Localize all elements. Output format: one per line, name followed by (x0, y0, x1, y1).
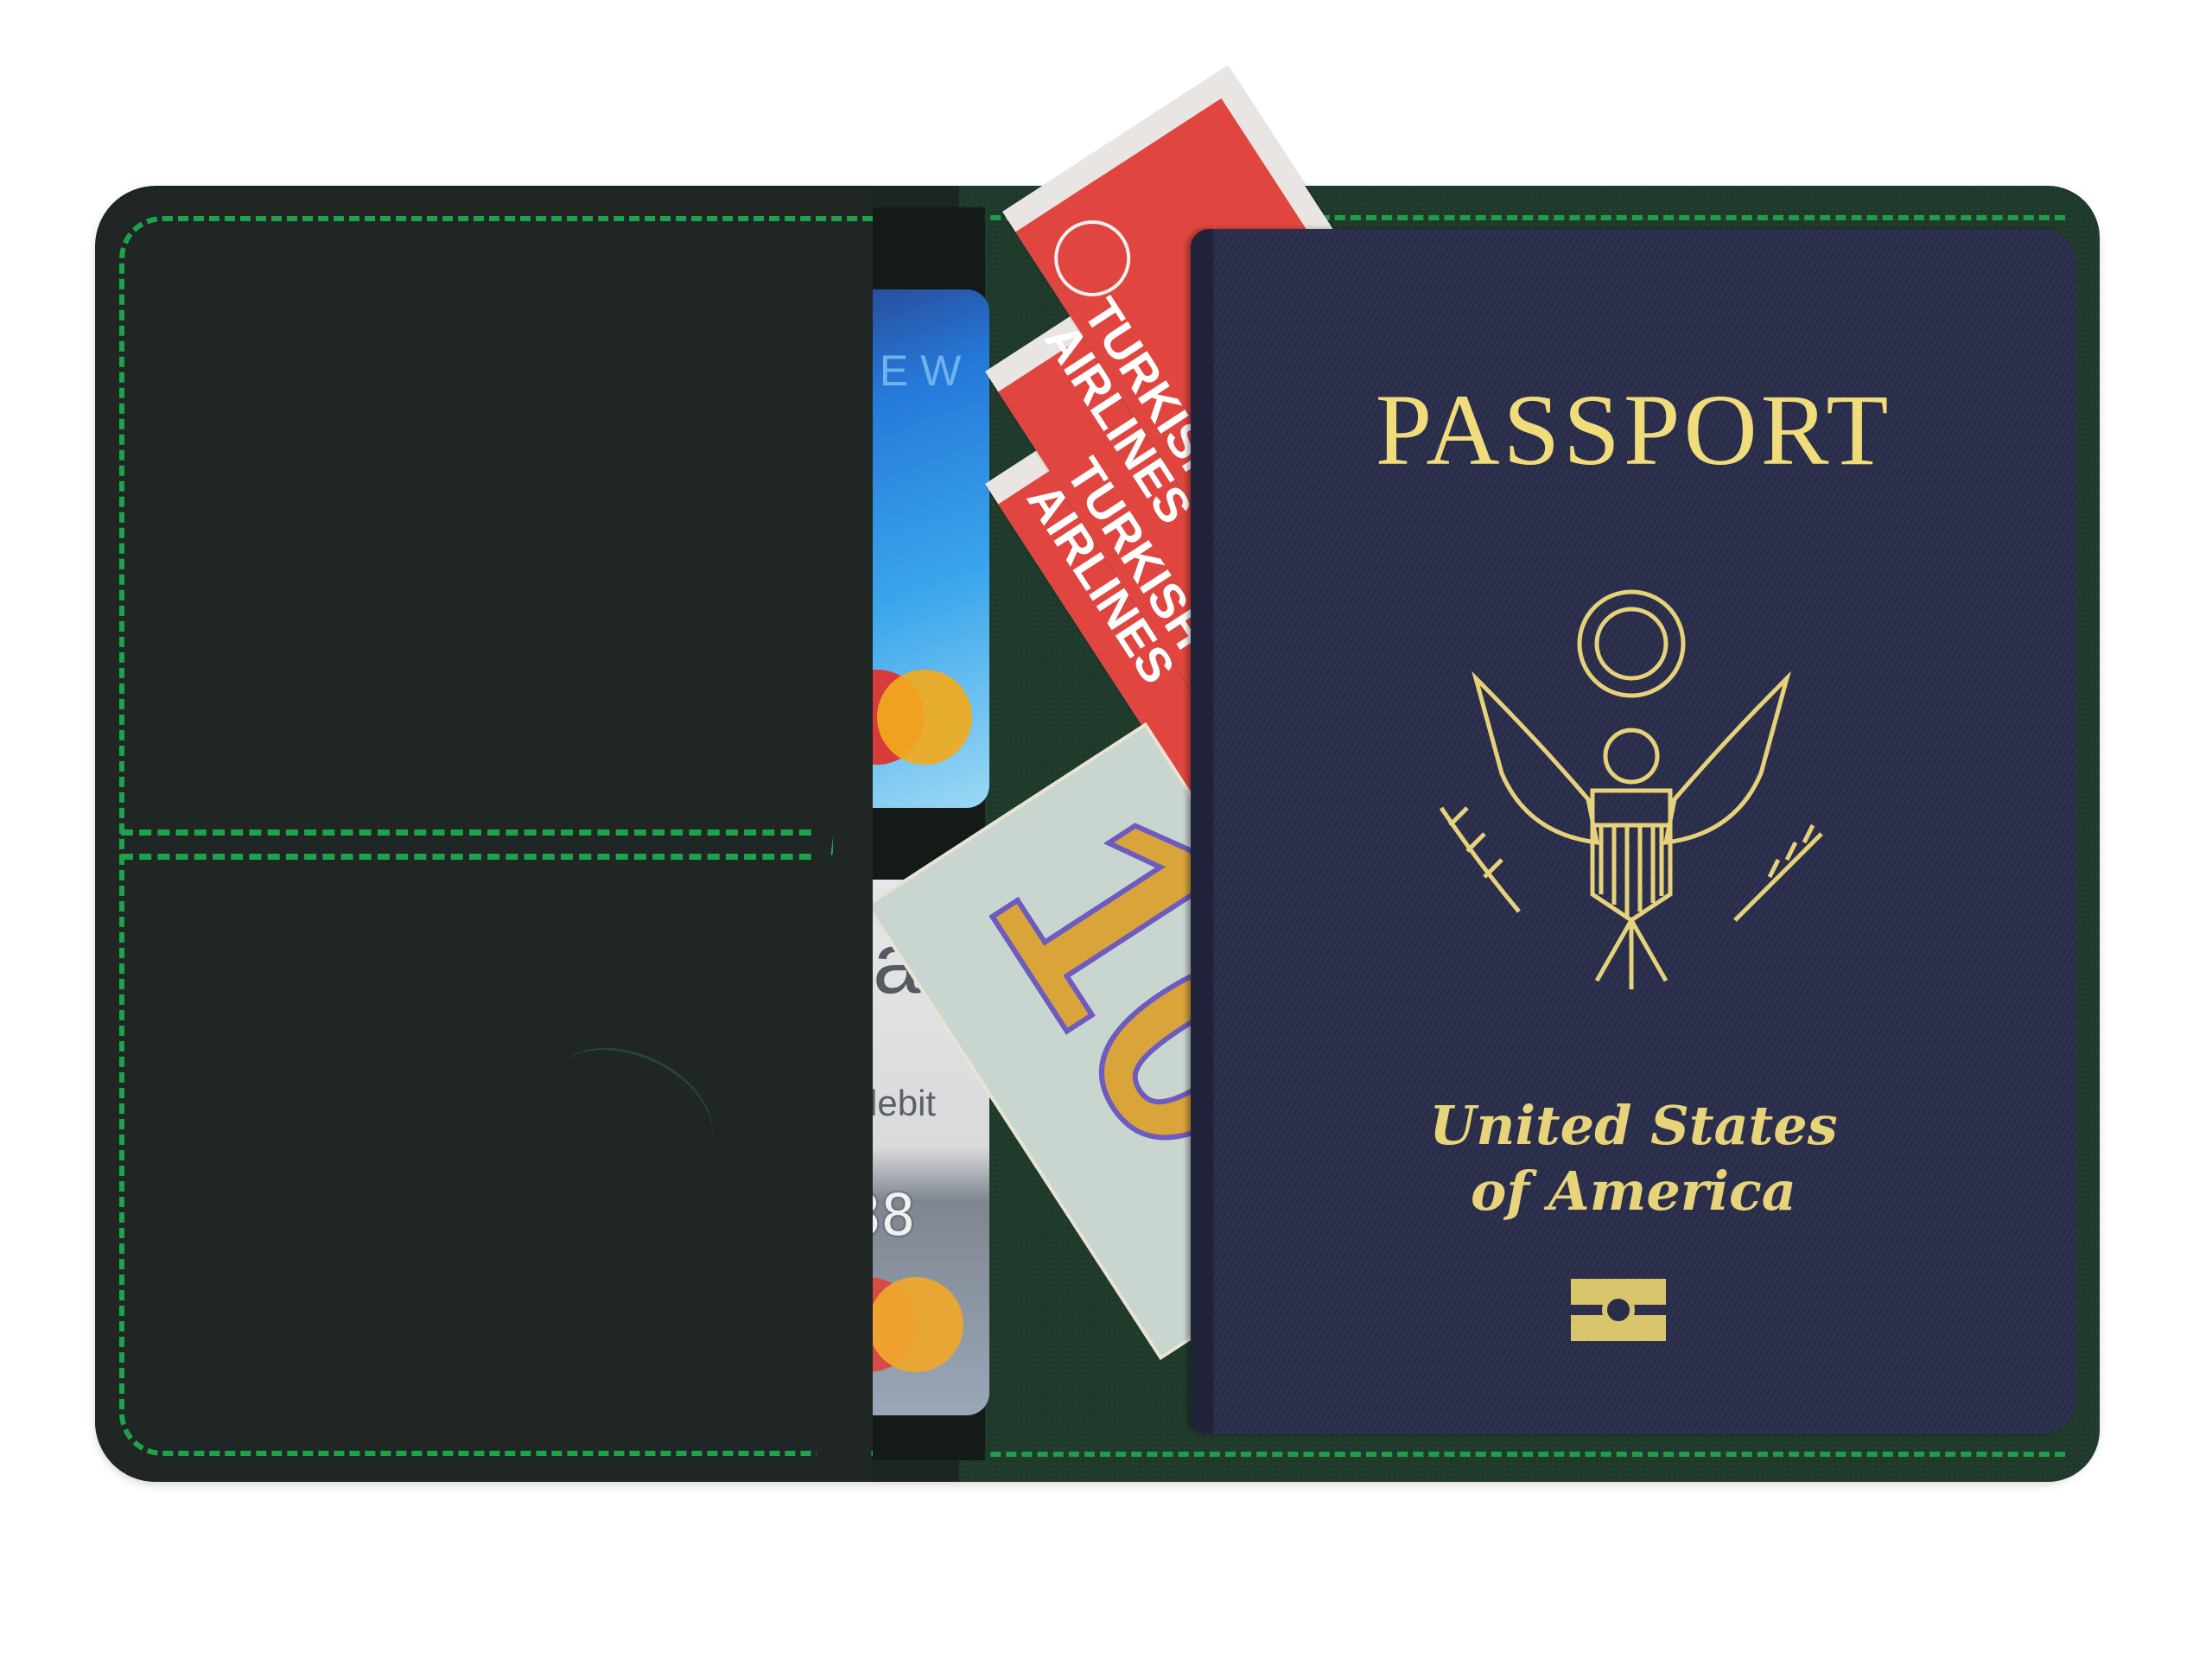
us-passport: PASSPORT United Statesof America (1191, 229, 2076, 1434)
pocket-stitching (119, 216, 873, 1456)
mastercard-yellow-circle-icon (868, 1277, 963, 1372)
eagle-seal-icon (1424, 583, 1839, 998)
biometric-chip-icon (1571, 1279, 1666, 1341)
slot-stitching (121, 829, 829, 836)
left-card-pocket (95, 190, 873, 1482)
country-name: United Statesof America (1191, 1093, 2076, 1224)
passport-title: PASSPORT (1191, 372, 2076, 489)
card-brand-text: IEW (855, 346, 973, 396)
product-photo: IEW ank ® debit 288 ✦ TURKISHAIRLINES ✦ … (0, 0, 2212, 1659)
slot-stitching (121, 854, 829, 860)
bottom-stitching (959, 1452, 2065, 1457)
mastercard-yellow-circle-icon (877, 670, 972, 765)
